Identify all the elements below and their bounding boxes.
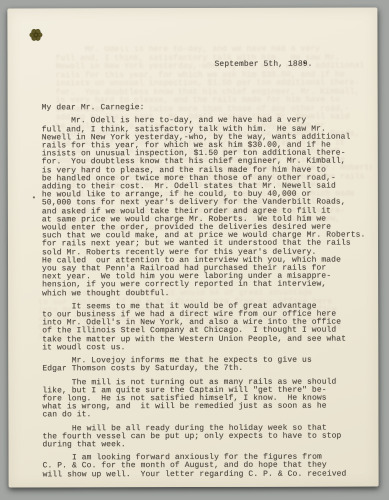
letter-paragraph: It seems to me that it would be of great…: [42, 302, 370, 352]
scan-speck: [304, 62, 306, 64]
letter-paragraph: The mill is not turning out as many rail…: [42, 378, 370, 420]
letter-body: September 5th, 1889. My dear Mr. Carnegi…: [42, 61, 371, 480]
date-line: September 5th, 1889.: [215, 61, 370, 70]
flower-rosette-icon: [28, 27, 43, 42]
salutation: My dear Mr. Carnegie:: [42, 104, 370, 113]
letter-paper: Mr. Odell is here to-day, and we have ha…: [7, 8, 378, 488]
scan-speck: [33, 196, 35, 198]
letter-paragraph: Mr. Odell is here to-day, and we have ha…: [42, 117, 370, 298]
letter-paragraph: He will be all ready during the holiday …: [42, 424, 370, 449]
letter-paragraph: I am looking forward anxiously for the f…: [43, 454, 371, 479]
letter-paragraph: Mr. Lovejoy informs me that he expects t…: [42, 357, 370, 374]
